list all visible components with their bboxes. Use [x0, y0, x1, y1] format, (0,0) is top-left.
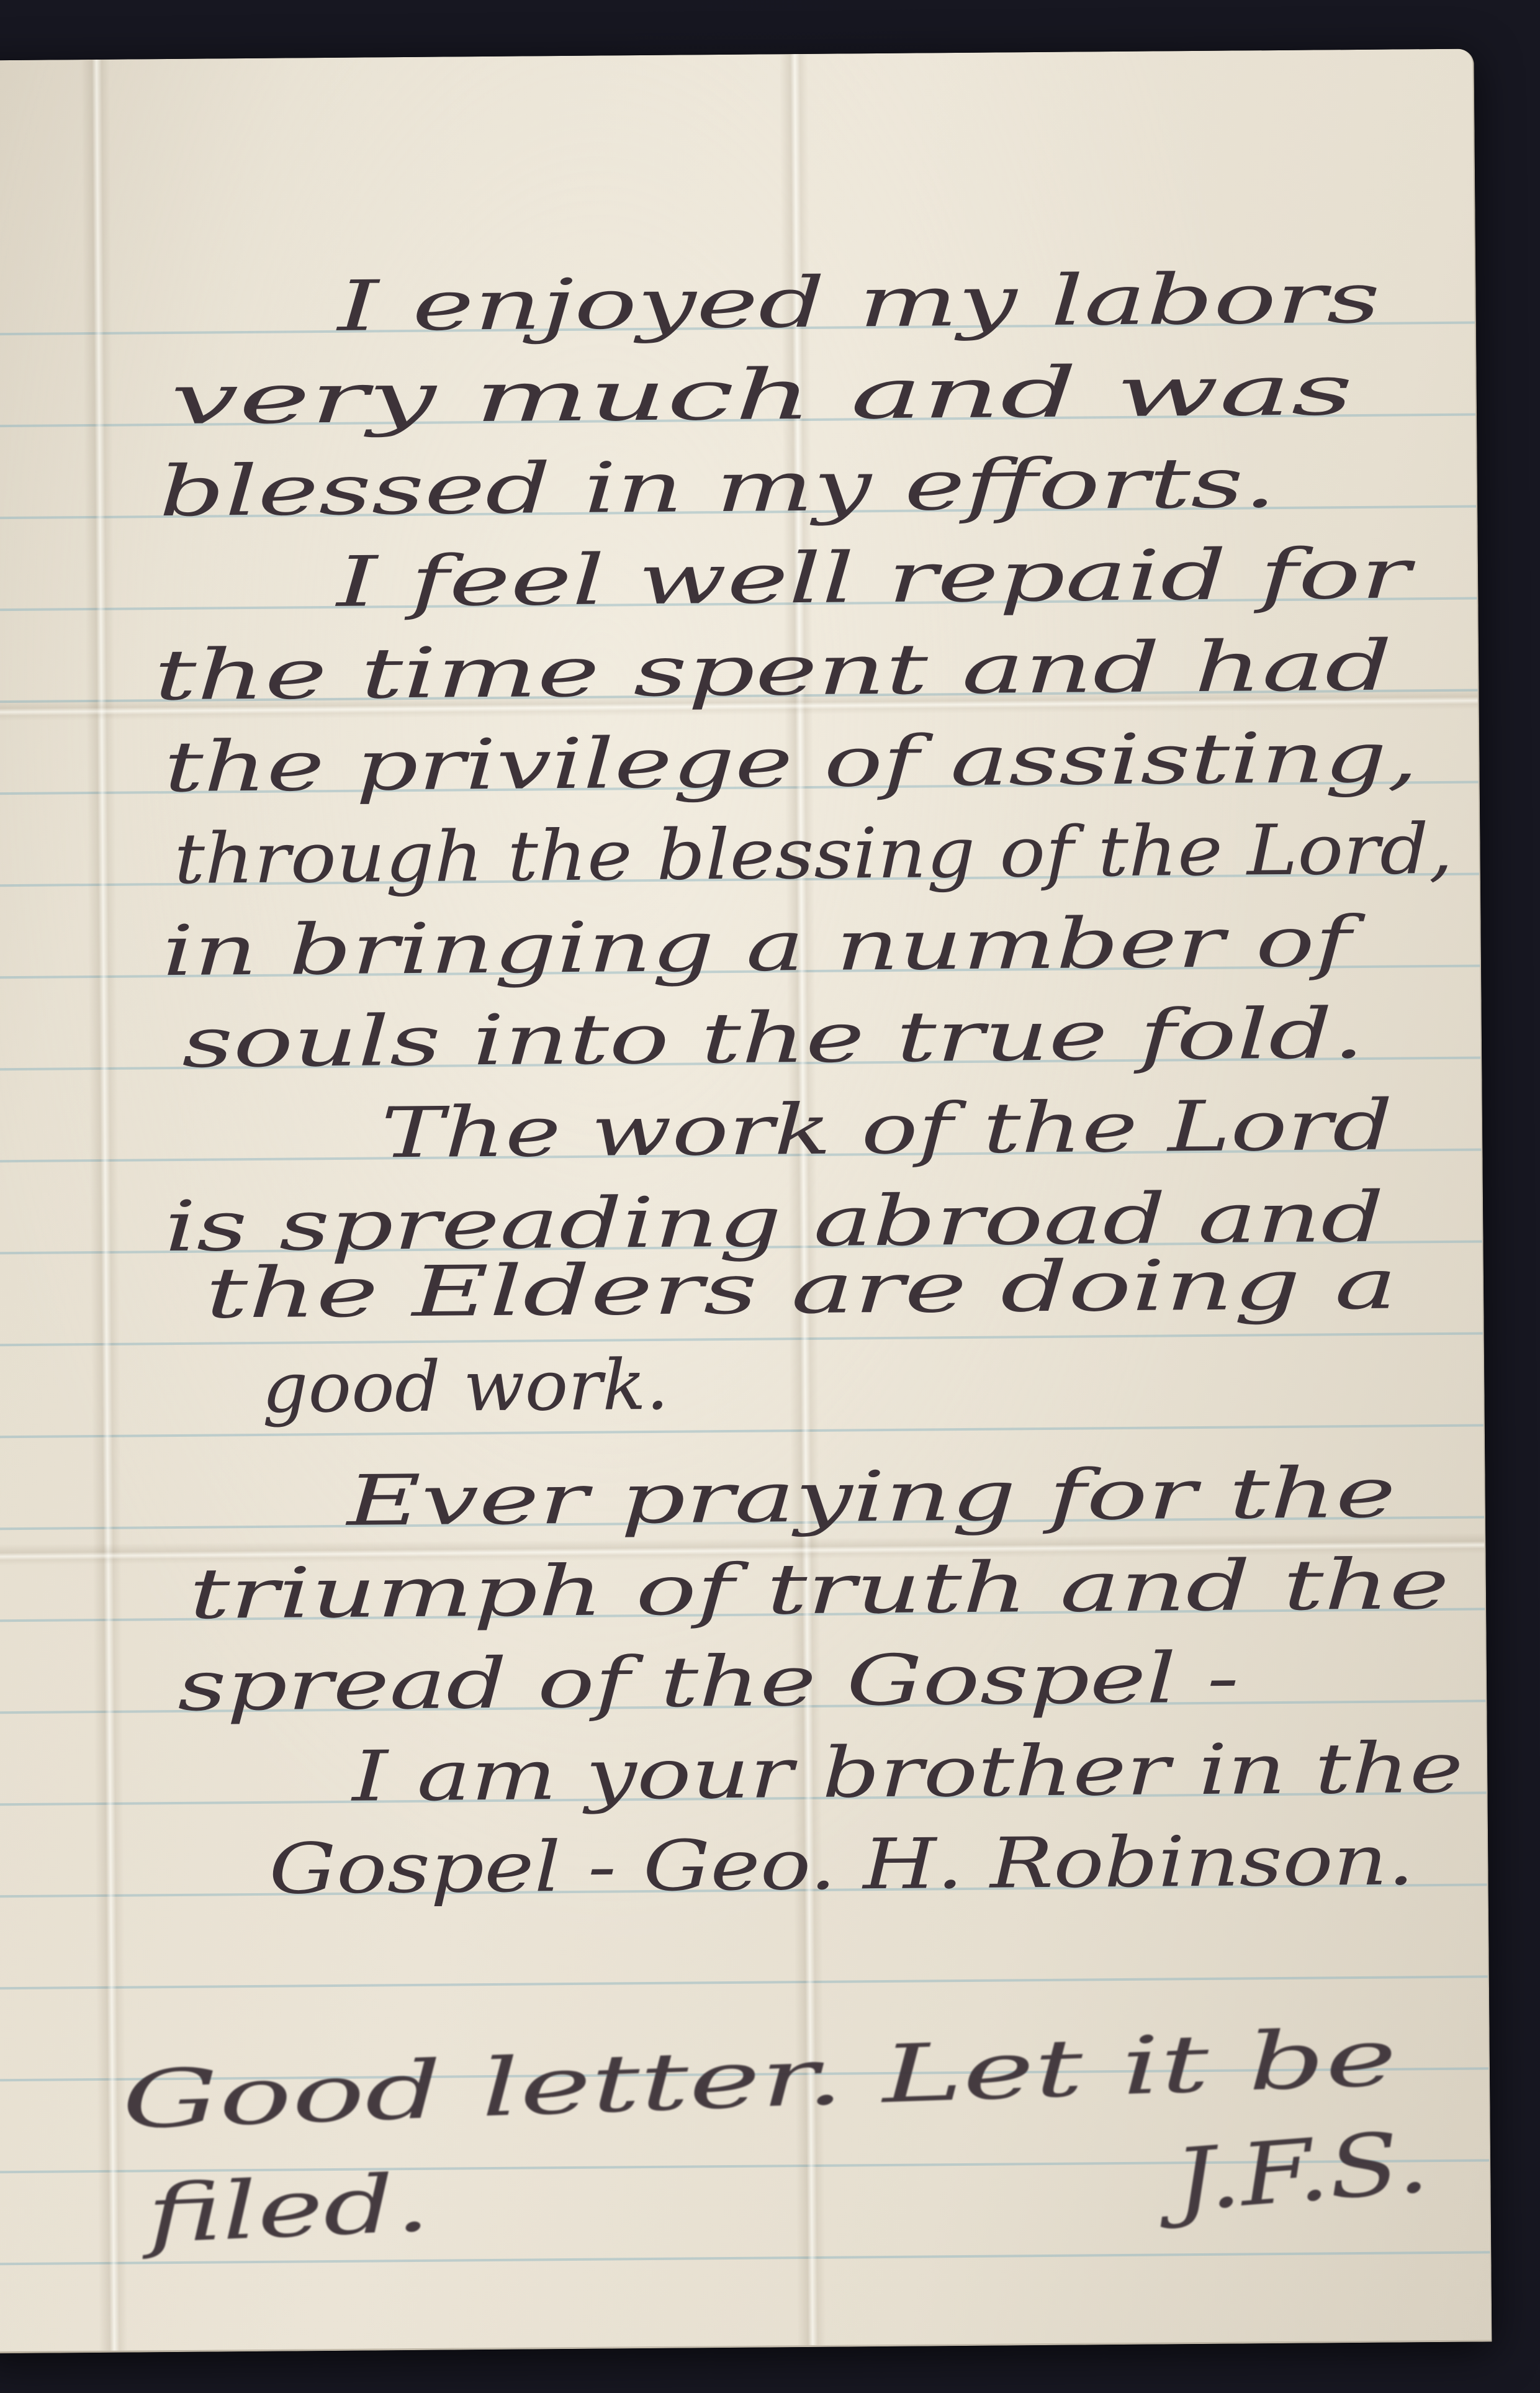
letter-page: I enjoyed my labors very much and was bl… — [0, 48, 1492, 2353]
svg-text:the privilege of assisting,: the privilege of assisting, — [164, 717, 1418, 808]
archivist-initials: J.F.S. — [1158, 2107, 1470, 2248]
svg-text:The work of the Lord: The work of the Lord — [381, 1085, 1394, 1174]
svg-text:good work.: good work. — [262, 1345, 669, 1429]
letter-line-13: good work. — [250, 1334, 706, 1443]
svg-text:triumph of truth and the: triumph of truth and the — [189, 1544, 1449, 1635]
svg-text:blessed in my efforts.: blessed in my efforts. — [158, 443, 1276, 532]
svg-text:Ever praying for the: Ever praying for the — [344, 1453, 1396, 1542]
ruled-lines — [0, 49, 1472, 61]
svg-text:I enjoyed my labors: I enjoyed my labors — [335, 258, 1380, 347]
svg-text:the Elders are doing a: the Elders are doing a — [205, 1244, 1398, 1334]
svg-text:spread of the Gospel -: spread of the Gospel - — [178, 1638, 1240, 1727]
fold-crease-vertical-left — [81, 60, 128, 2351]
svg-text:Gospel - Geo. H. Robinson.: Gospel - Geo. H. Robinson. — [269, 1820, 1415, 1909]
letter-line-12: the Elders are doing a — [193, 1233, 1435, 1349]
svg-text:filed.: filed. — [138, 2157, 431, 2262]
ruled-line — [0, 1975, 1488, 1989]
svg-text:I feel well repaid for: I feel well repaid for — [335, 533, 1417, 623]
svg-text:through the blessing of the Lo: through the blessing of the Lord, — [174, 809, 1453, 900]
pencil-annotation-line-2: filed. — [133, 2148, 470, 2280]
letter-line-18: Gospel - Geo. H. Robinson. — [256, 1809, 1452, 1924]
svg-text:the time spent and had: the time spent and had — [154, 626, 1393, 717]
svg-text:very much and was: very much and was — [170, 350, 1353, 440]
ruled-line — [0, 1424, 1484, 1438]
svg-text:I am your brother in the: I am your brother in the — [350, 1728, 1464, 1817]
svg-text:souls into the true fold.: souls into the true fold. — [181, 993, 1364, 1083]
svg-text:J.F.S.: J.F.S. — [1153, 2112, 1432, 2233]
scan-background: I enjoyed my labors very much and was bl… — [0, 0, 1540, 2393]
svg-text:in bringing a number of: in bringing a number of — [162, 902, 1367, 992]
